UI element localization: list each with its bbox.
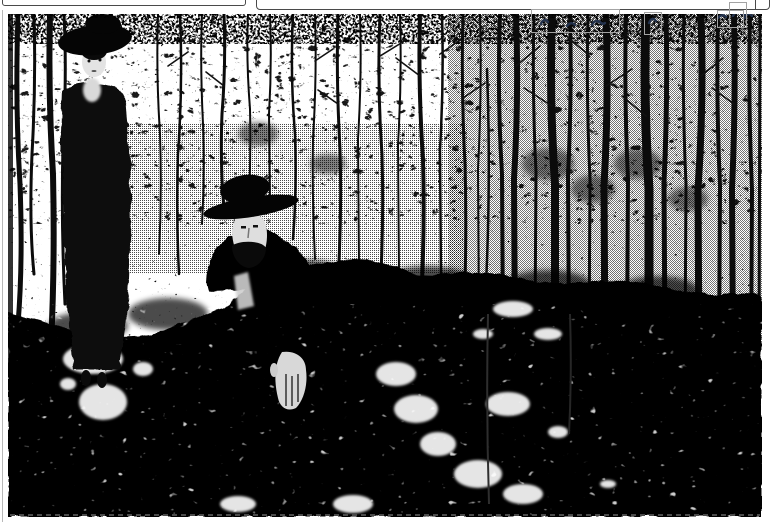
screen — [0, 0, 774, 530]
halftone-photo — [8, 14, 762, 517]
photo-left-edge — [8, 14, 13, 364]
woman-scarf — [83, 78, 101, 102]
detection-box[interactable] — [531, 9, 620, 33]
text-field-partial-left[interactable] — [2, 0, 246, 6]
page-left-border — [2, 10, 3, 522]
field-divider — [755, 0, 756, 9]
detection-box[interactable] — [644, 12, 662, 35]
photo-illustration — [8, 14, 762, 517]
detection-box[interactable] — [729, 2, 747, 28]
text-field-partial-right[interactable] — [256, 0, 770, 10]
